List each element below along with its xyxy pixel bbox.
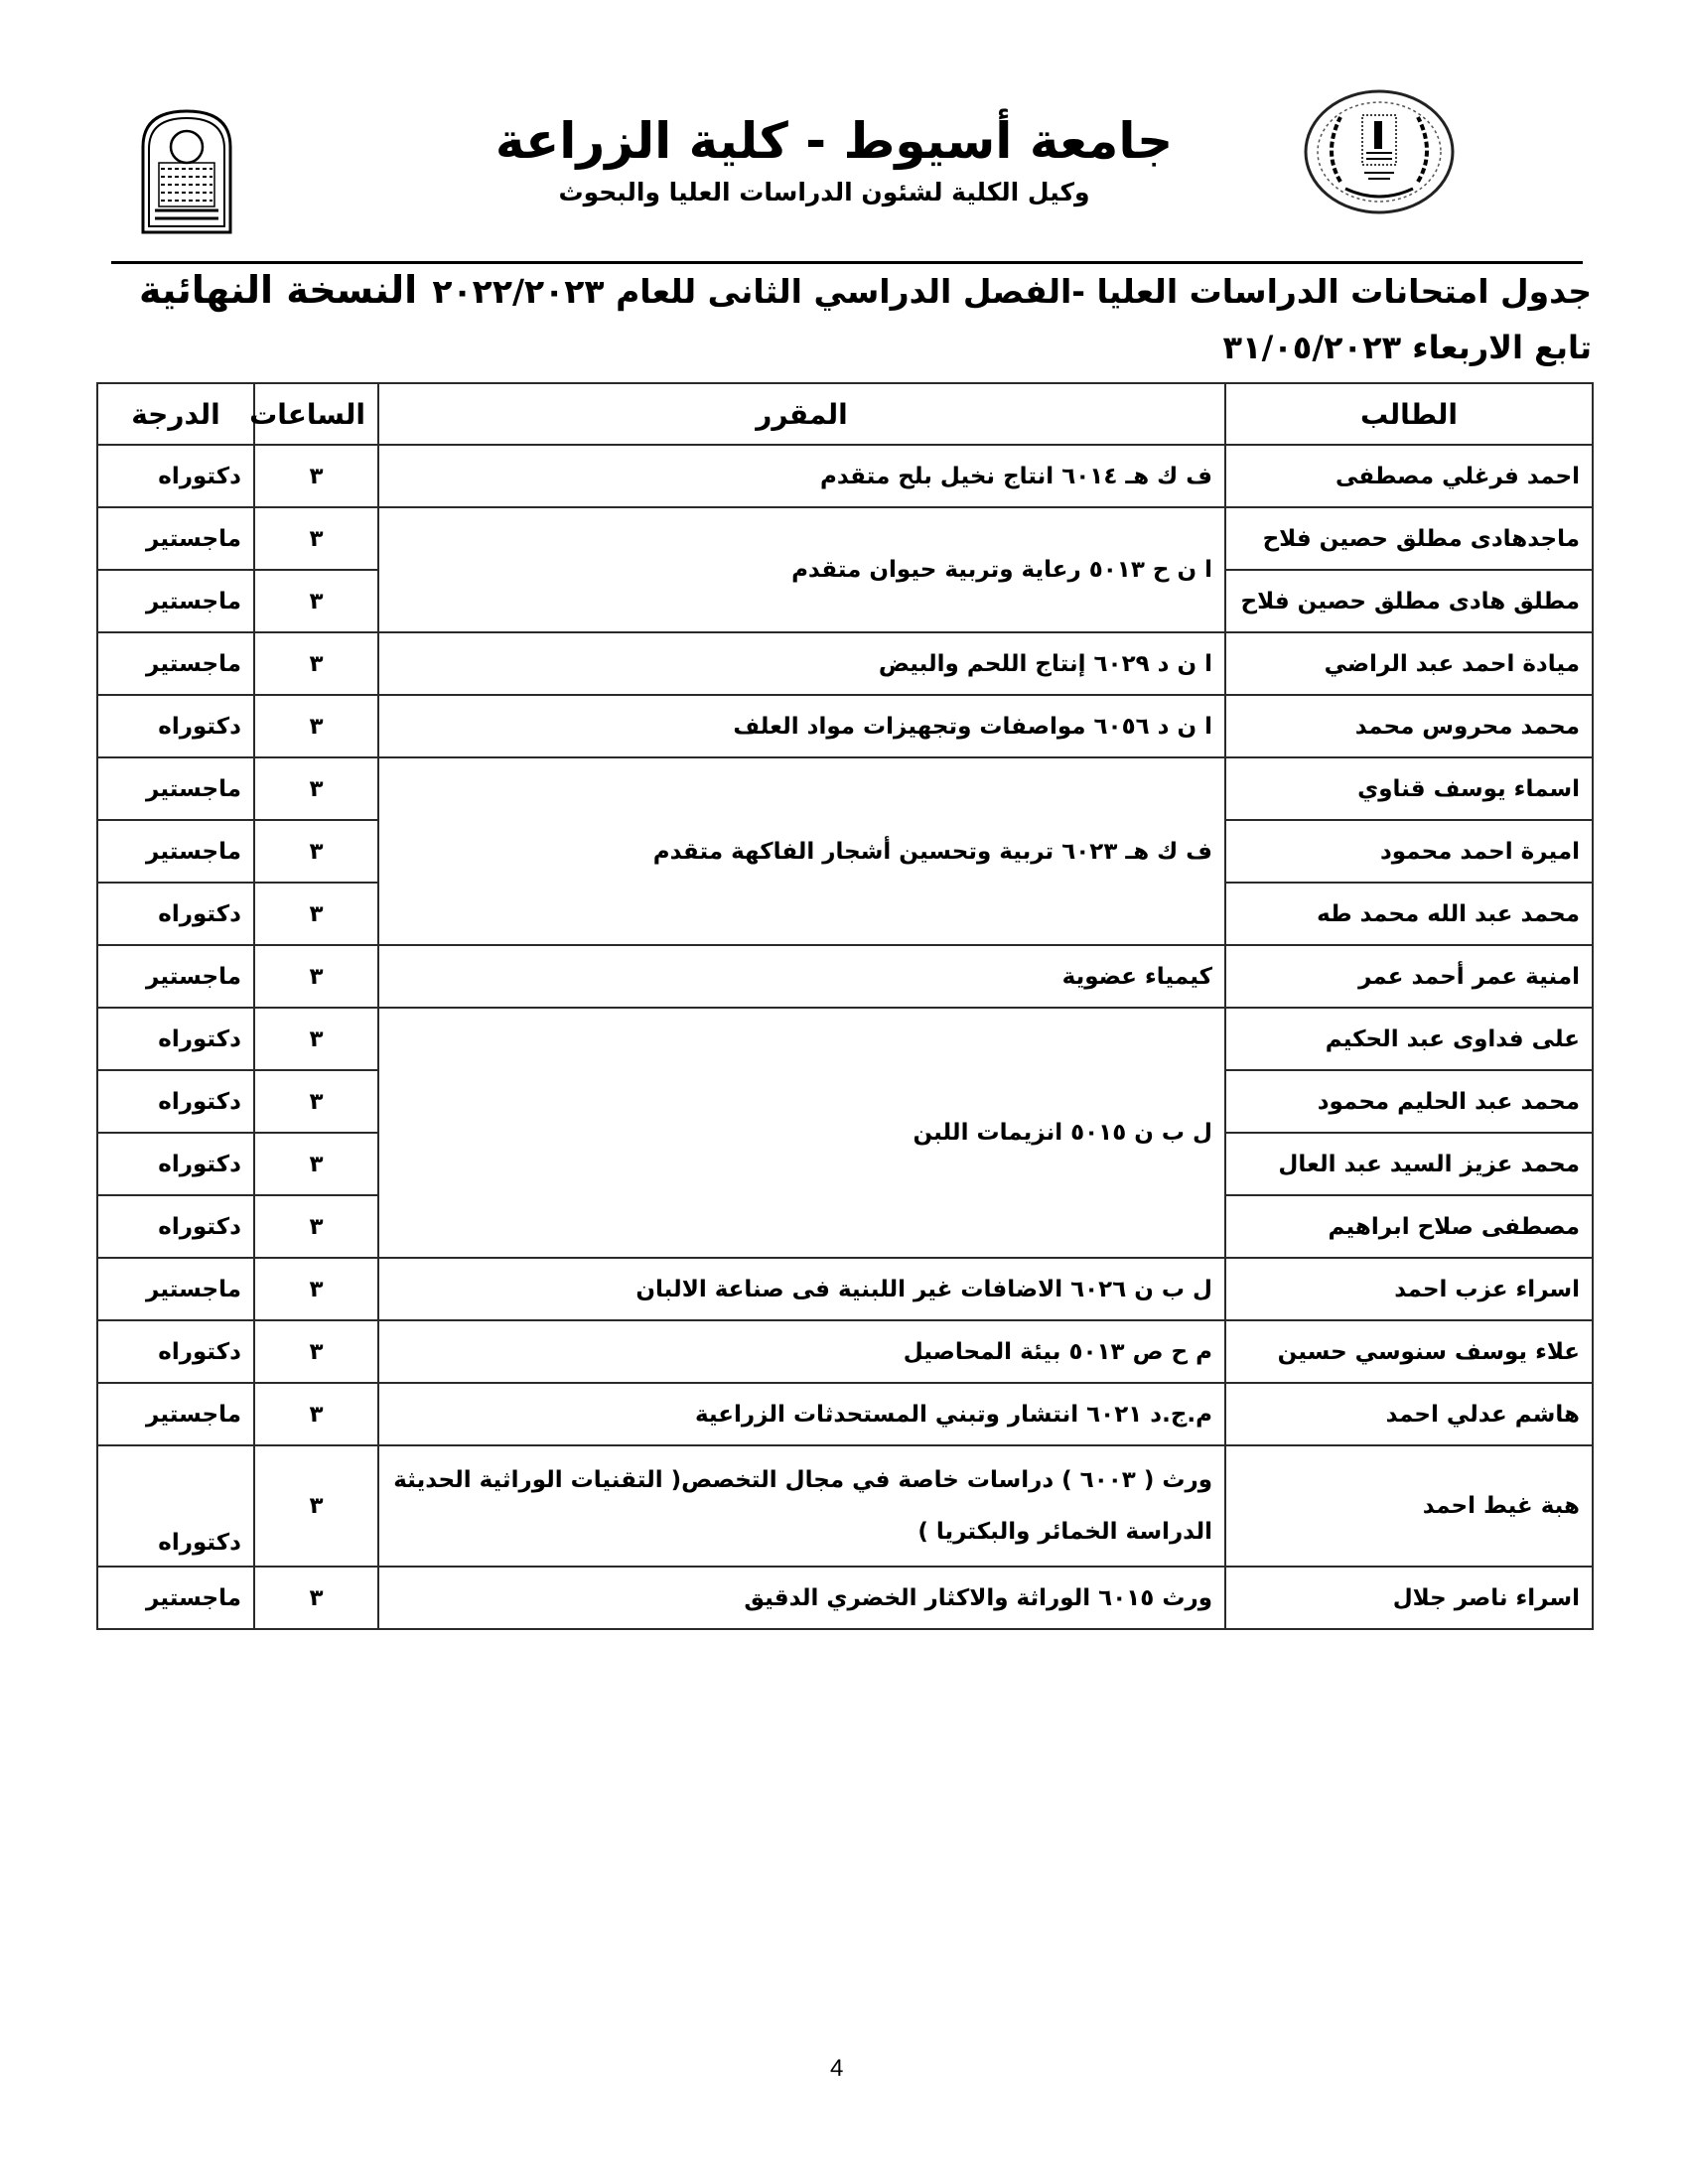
course-name: ورث ( ٦٠٠٣ ) دراسات خاصة في مجال التخصص(… (378, 1445, 1225, 1567)
degree: دكتوراه (97, 1195, 254, 1258)
degree: ماجستير (97, 1383, 254, 1445)
table-header-row: الطالب المقرر الساعات الدرجة (97, 383, 1593, 445)
degree: ماجستير (97, 507, 254, 570)
credit-hours: ٣ (254, 883, 378, 945)
table-row: هبة غيط احمد ورث ( ٦٠٠٣ ) دراسات خاصة في… (97, 1445, 1593, 1567)
course-name: ل ب ن ٥٠١٥ انزيمات اللبن (378, 1008, 1225, 1258)
student-name: احمد فرغلي مصطفى (1225, 445, 1593, 507)
degree: دكتوراه (97, 1008, 254, 1070)
credit-hours: ٣ (254, 1445, 378, 1567)
university-faculty-title: جامعة أسيوط - كلية الزراعة (467, 111, 1201, 171)
table-row: اسماء يوسف قناوي ف ك هـ ٦٠٢٣ تربية وتحسي… (97, 757, 1593, 820)
degree: دكتوراه (97, 883, 254, 945)
table-row: علاء يوسف سنوسي حسين م ح ص ٥٠١٣ بيئة الم… (97, 1320, 1593, 1383)
faculty-of-agriculture-seal-icon (1301, 87, 1458, 216)
credit-hours: ٣ (254, 1195, 378, 1258)
degree: ماجستير (97, 1258, 254, 1320)
course-name: ا ن ح ٥٠١٣ رعاية وتربية حيوان متقدم (378, 507, 1225, 632)
degree: دكتوراه (97, 1445, 254, 1567)
column-header-course: المقرر (378, 383, 1225, 445)
table-row: على فداوى عبد الحكيم ل ب ن ٥٠١٥ انزيمات … (97, 1008, 1593, 1070)
table-row: محمد محروس محمد ا ن د ٦٠٥٦ مواصفات وتجهي… (97, 695, 1593, 757)
degree: ماجستير (97, 632, 254, 695)
student-name: امنية عمر أحمد عمر (1225, 945, 1593, 1008)
credit-hours: ٣ (254, 507, 378, 570)
table-row: اسراء عزب احمد ل ب ن ٦٠٢٦ الاضافات غير ا… (97, 1258, 1593, 1320)
schedule-heading: جدول امتحانات الدراسات العليا -الفصل الد… (432, 270, 1592, 314)
degree: دكتوراه (97, 1320, 254, 1383)
table-row: اسراء ناصر جلال ورث ٦٠١٥ الوراثة والاكثا… (97, 1567, 1593, 1629)
course-name: ا ن د ٦٠٢٩ إنتاج اللحم والبيض (378, 632, 1225, 695)
credit-hours: ٣ (254, 757, 378, 820)
student-name: مطلق هادى مطلق حصين فلاح (1225, 570, 1593, 632)
page-number: 4 (830, 2055, 843, 2083)
degree: دكتوراه (97, 445, 254, 507)
student-name: ماجدهادى مطلق حصين فلاح (1225, 507, 1593, 570)
final-version-label: النسخة النهائية (139, 266, 417, 314)
student-name: محمد محروس محمد (1225, 695, 1593, 757)
degree: دكتوراه (97, 1070, 254, 1133)
degree: ماجستير (97, 945, 254, 1008)
column-header-hours: الساعات (254, 383, 378, 445)
degree: ماجستير (97, 570, 254, 632)
credit-hours: ٣ (254, 945, 378, 1008)
student-name: اسراء ناصر جلال (1225, 1567, 1593, 1629)
degree: ماجستير (97, 820, 254, 883)
column-header-student: الطالب (1225, 383, 1593, 445)
student-name: اسراء عزب احمد (1225, 1258, 1593, 1320)
course-name: ل ب ن ٦٠٢٦ الاضافات غير اللبنية فى صناعة… (378, 1258, 1225, 1320)
table-row: امنية عمر أحمد عمر كيمياء عضوية ٣ ماجستي… (97, 945, 1593, 1008)
student-name: مصطفى صلاح ابراهيم (1225, 1195, 1593, 1258)
degree: دكتوراه (97, 1133, 254, 1195)
credit-hours: ٣ (254, 1320, 378, 1383)
credit-hours: ٣ (254, 1070, 378, 1133)
course-name: ف ك هـ ٦٠١٤ انتاج نخيل بلح متقدم (378, 445, 1225, 507)
credit-hours: ٣ (254, 445, 378, 507)
table-row: ماجدهادى مطلق حصين فلاح ا ن ح ٥٠١٣ رعاية… (97, 507, 1593, 570)
header-divider (111, 261, 1583, 264)
credit-hours: ٣ (254, 1133, 378, 1195)
student-name: هبة غيط احمد (1225, 1445, 1593, 1567)
student-name: اسماء يوسف قناوي (1225, 757, 1593, 820)
credit-hours: ٣ (254, 570, 378, 632)
table-row: احمد فرغلي مصطفى ف ك هـ ٦٠١٤ انتاج نخيل … (97, 445, 1593, 507)
credit-hours: ٣ (254, 820, 378, 883)
student-name: محمد عبد الحليم محمود (1225, 1070, 1593, 1133)
credit-hours: ٣ (254, 695, 378, 757)
degree: دكتوراه (97, 695, 254, 757)
student-name: علاء يوسف سنوسي حسين (1225, 1320, 1593, 1383)
course-name: ا ن د ٦٠٥٦ مواصفات وتجهيزات مواد العلف (378, 695, 1225, 757)
credit-hours: ٣ (254, 1008, 378, 1070)
credit-hours: ٣ (254, 1383, 378, 1445)
student-name: محمد عزيز السيد عبد العال (1225, 1133, 1593, 1195)
course-name: م ح ص ٥٠١٣ بيئة المحاصيل (378, 1320, 1225, 1383)
degree: ماجستير (97, 1567, 254, 1629)
student-name: اميرة احمد محمود (1225, 820, 1593, 883)
student-name: ميادة احمد عبد الراضي (1225, 632, 1593, 695)
table-row: ميادة احمد عبد الراضي ا ن د ٦٠٢٩ إنتاج ا… (97, 632, 1593, 695)
student-name: هاشم عدلي احمد (1225, 1383, 1593, 1445)
course-name: كيمياء عضوية (378, 945, 1225, 1008)
assiut-university-logo-icon (139, 107, 234, 234)
course-name: ورث ٦٠١٥ الوراثة والاكثار الخضري الدقيق (378, 1567, 1225, 1629)
degree: ماجستير (97, 757, 254, 820)
student-name: محمد عبد الله محمد طه (1225, 883, 1593, 945)
table-row: هاشم عدلي احمد م.ج.د ٦٠٢١ انتشار وتبني ا… (97, 1383, 1593, 1445)
course-name: ف ك هـ ٦٠٢٣ تربية وتحسين أشجار الفاكهة م… (378, 757, 1225, 945)
exam-schedule-table: الطالب المقرر الساعات الدرجة احمد فرغلي … (96, 382, 1594, 1630)
column-header-degree: الدرجة (97, 383, 254, 445)
student-name: على فداوى عبد الحكيم (1225, 1008, 1593, 1070)
vice-dean-subtitle: وكيل الكلية لشئون الدراسات العليا والبحو… (516, 177, 1132, 208)
credit-hours: ٣ (254, 1258, 378, 1320)
course-name: م.ج.د ٦٠٢١ انتشار وتبني المستحدثات الزرا… (378, 1383, 1225, 1445)
credit-hours: ٣ (254, 1567, 378, 1629)
credit-hours: ٣ (254, 632, 378, 695)
exam-date-line: تابع الاربعاء ٣١/٠٥/٢٠٢٣ (1223, 326, 1592, 369)
